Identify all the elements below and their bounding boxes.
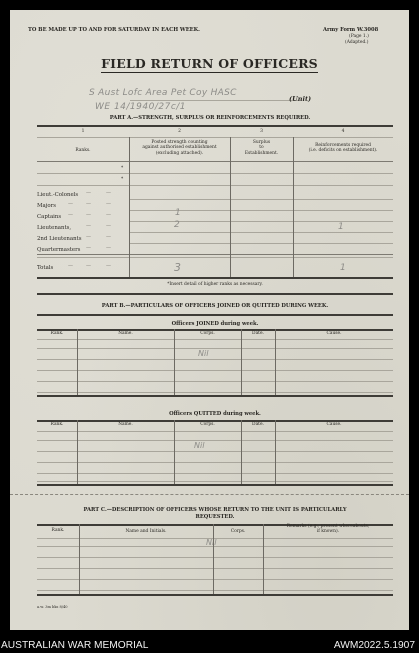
col-header-rank: Rank. — [37, 331, 77, 336]
divider — [37, 257, 393, 258]
joined-heading: Officers JOINED during week. — [37, 321, 393, 327]
col-header-posted: Posted strength counting against authori… — [129, 140, 230, 156]
col-header-date: Date. — [241, 422, 275, 427]
col-header-reinforcements: Reinforcements required (i.e. deficits o… — [293, 143, 393, 154]
divider — [37, 161, 393, 162]
col-header-corps: Corps. — [174, 331, 241, 336]
rank-label: Lieut.-Colonels — [37, 192, 78, 198]
col-header-ranks: Ranks. — [37, 148, 129, 153]
divider — [37, 137, 393, 138]
unit-reference-handwritten: WE 14/1940/27c/1 — [95, 102, 186, 112]
divider — [37, 254, 393, 255]
divider — [37, 293, 393, 295]
part-a-footnote: *Insert detail of higher ranks as necess… — [37, 282, 393, 287]
divider — [129, 243, 393, 244]
part-c-heading: PART C.—DESCRIPTION OF OFFICERS WHOSE RE… — [37, 507, 393, 513]
quitted-nil-handwritten: Nil — [194, 441, 204, 450]
divider — [37, 277, 393, 279]
institution-credit: AUSTRALIAN WAR MEMORIAL — [1, 640, 148, 651]
rank-label: 2nd Lieutenants — [37, 236, 81, 242]
col-header-cause: Cause. — [275, 331, 393, 336]
col-header-rank: Rank. — [37, 528, 79, 533]
col-header-name-initials: Name and Initials. — [79, 529, 213, 534]
col-divider — [293, 137, 294, 278]
part-b-heading: PART B.—PARTICULARS OF OFFICERS JOINED O… — [37, 303, 393, 309]
divider — [129, 210, 393, 211]
col-header-corps: Corps. — [174, 422, 241, 427]
col-header-name: Name. — [77, 422, 174, 427]
col-header-surplus: Surplus to Establishment. — [230, 140, 293, 156]
print-code: a.w. 3m bks 8/40 — [37, 605, 68, 609]
quitted-heading: Officers QUITTED during week. — [37, 411, 393, 417]
joined-nil-handwritten: Nil — [198, 349, 208, 358]
form-document: TO BE MADE UP TO AND FOR SATURDAY IN EAC… — [10, 10, 409, 630]
divider — [37, 314, 393, 316]
col-divider — [129, 137, 130, 278]
col-header-rank: Rank. — [37, 422, 77, 427]
lieutenants-posted-value: 2 — [174, 220, 180, 230]
asterisk: * — [121, 177, 123, 182]
form-number: Army Form W.3008 — [323, 27, 378, 33]
col-number: 4 — [293, 129, 393, 134]
col-header-remarks: Remarks (e.g., present whereabouts, if k… — [263, 524, 393, 534]
divider — [37, 484, 393, 486]
col-header-name: Name. — [77, 331, 174, 336]
page-title: FIELD RETURN OF OFFICERS — [10, 56, 409, 71]
part-a-heading: PART A.—STRENGTH, SURPLUS OR REINFORCEME… — [30, 115, 390, 121]
captains-posted-value: 1 — [175, 208, 181, 218]
divider — [37, 173, 393, 174]
part-c-nil-handwritten: Nil — [206, 538, 216, 547]
form-page: (Page 1.) — [349, 34, 369, 39]
col-number: 2 — [129, 129, 230, 134]
unit-underline — [130, 100, 300, 101]
divider — [37, 125, 393, 127]
totals-posted-value: 3 — [174, 261, 181, 274]
col-divider — [230, 137, 231, 278]
rank-label: Lieutenants, — [37, 225, 71, 231]
col-number: 3 — [230, 129, 293, 134]
col-number: 1 — [37, 129, 129, 134]
divider — [129, 221, 393, 222]
perforation-line — [10, 494, 409, 495]
accession-number: AWM2022.5.1907 — [334, 640, 415, 651]
totals-reinforcements-value: 1 — [340, 263, 346, 273]
part-c-heading-cont: REQUESTED. — [37, 514, 393, 520]
col-header-corps: Corps. — [213, 529, 263, 534]
unit-label: (Unit) — [289, 95, 311, 103]
divider — [37, 395, 393, 397]
rank-label: Majors — [37, 203, 56, 209]
rank-label: Captains — [37, 214, 61, 220]
divider — [37, 594, 393, 596]
col-header-date: Date. — [241, 331, 275, 336]
divider — [129, 199, 393, 200]
lieutenants-reinforcements-value: 1 — [338, 222, 344, 232]
divider — [37, 185, 393, 186]
unit-handwritten: S Aust Lofc Area Pet Coy HASC — [89, 88, 237, 98]
asterisk: * — [121, 166, 123, 171]
instruction-text: TO BE MADE UP TO AND FOR SATURDAY IN EAC… — [28, 27, 200, 33]
col-header-cause: Cause. — [275, 422, 393, 427]
totals-label: Totals — [37, 265, 53, 271]
rank-label: Quartermasters — [37, 247, 80, 253]
divider — [129, 232, 393, 233]
form-adapted: (Adapted.) — [345, 40, 368, 45]
